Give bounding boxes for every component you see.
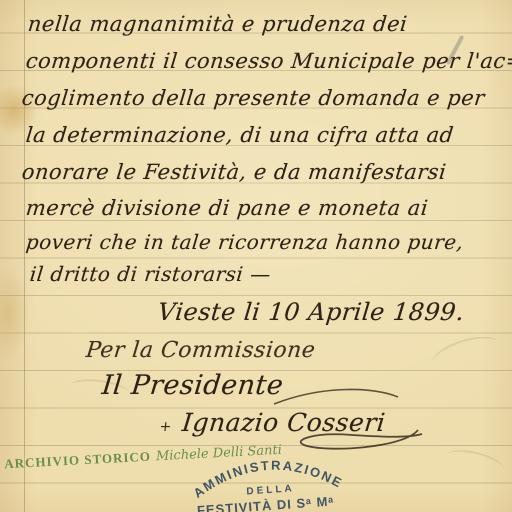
ink-showthrough [427, 330, 502, 378]
manuscript-line: la determinazione, di una cifra atta ad [25, 123, 455, 147]
signer-role: Il Presidente [100, 370, 285, 401]
manuscript-line: poveri che in tale ricorrenza hanno pure… [25, 230, 465, 254]
closing-line: Per la Commissione [85, 338, 317, 363]
archive-watermark-title: ARCHIVIO STORICO [4, 449, 151, 472]
manuscript-line: onorare le Festività, e da manifestarsi [21, 160, 448, 184]
cross-mark: + [159, 419, 173, 435]
administration-stamp: AMMINISTRAZIONE DELLA FESTIVITÀ DI Sᵃ Mᵃ [180, 444, 356, 512]
manuscript-line: nella magnanimità e prudenza dei [27, 12, 409, 36]
manuscript-line: coglimento della presente domanda e per [21, 86, 486, 110]
dateline: Vieste li 10 Aprile 1899. [157, 298, 466, 326]
stamp-della-text: DELLA [246, 483, 295, 497]
manuscript-line: il dritto di ristorarsi — [29, 262, 272, 286]
margin-rule-line [24, 0, 25, 512]
presidente-swash [272, 384, 402, 410]
manuscript-line: mercè divisione di pane e moneta ai [25, 196, 430, 220]
manuscript-page: nella magnanimità e prudenza dei compone… [0, 0, 512, 512]
paper-stain [0, 266, 30, 362]
stamp-festivita-text: FESTIVITÀ DI Sᵃ Mᵃ [196, 493, 334, 512]
ink-showthrough [443, 445, 507, 481]
manuscript-line: componenti il consesso Municipale per l'… [25, 49, 512, 73]
